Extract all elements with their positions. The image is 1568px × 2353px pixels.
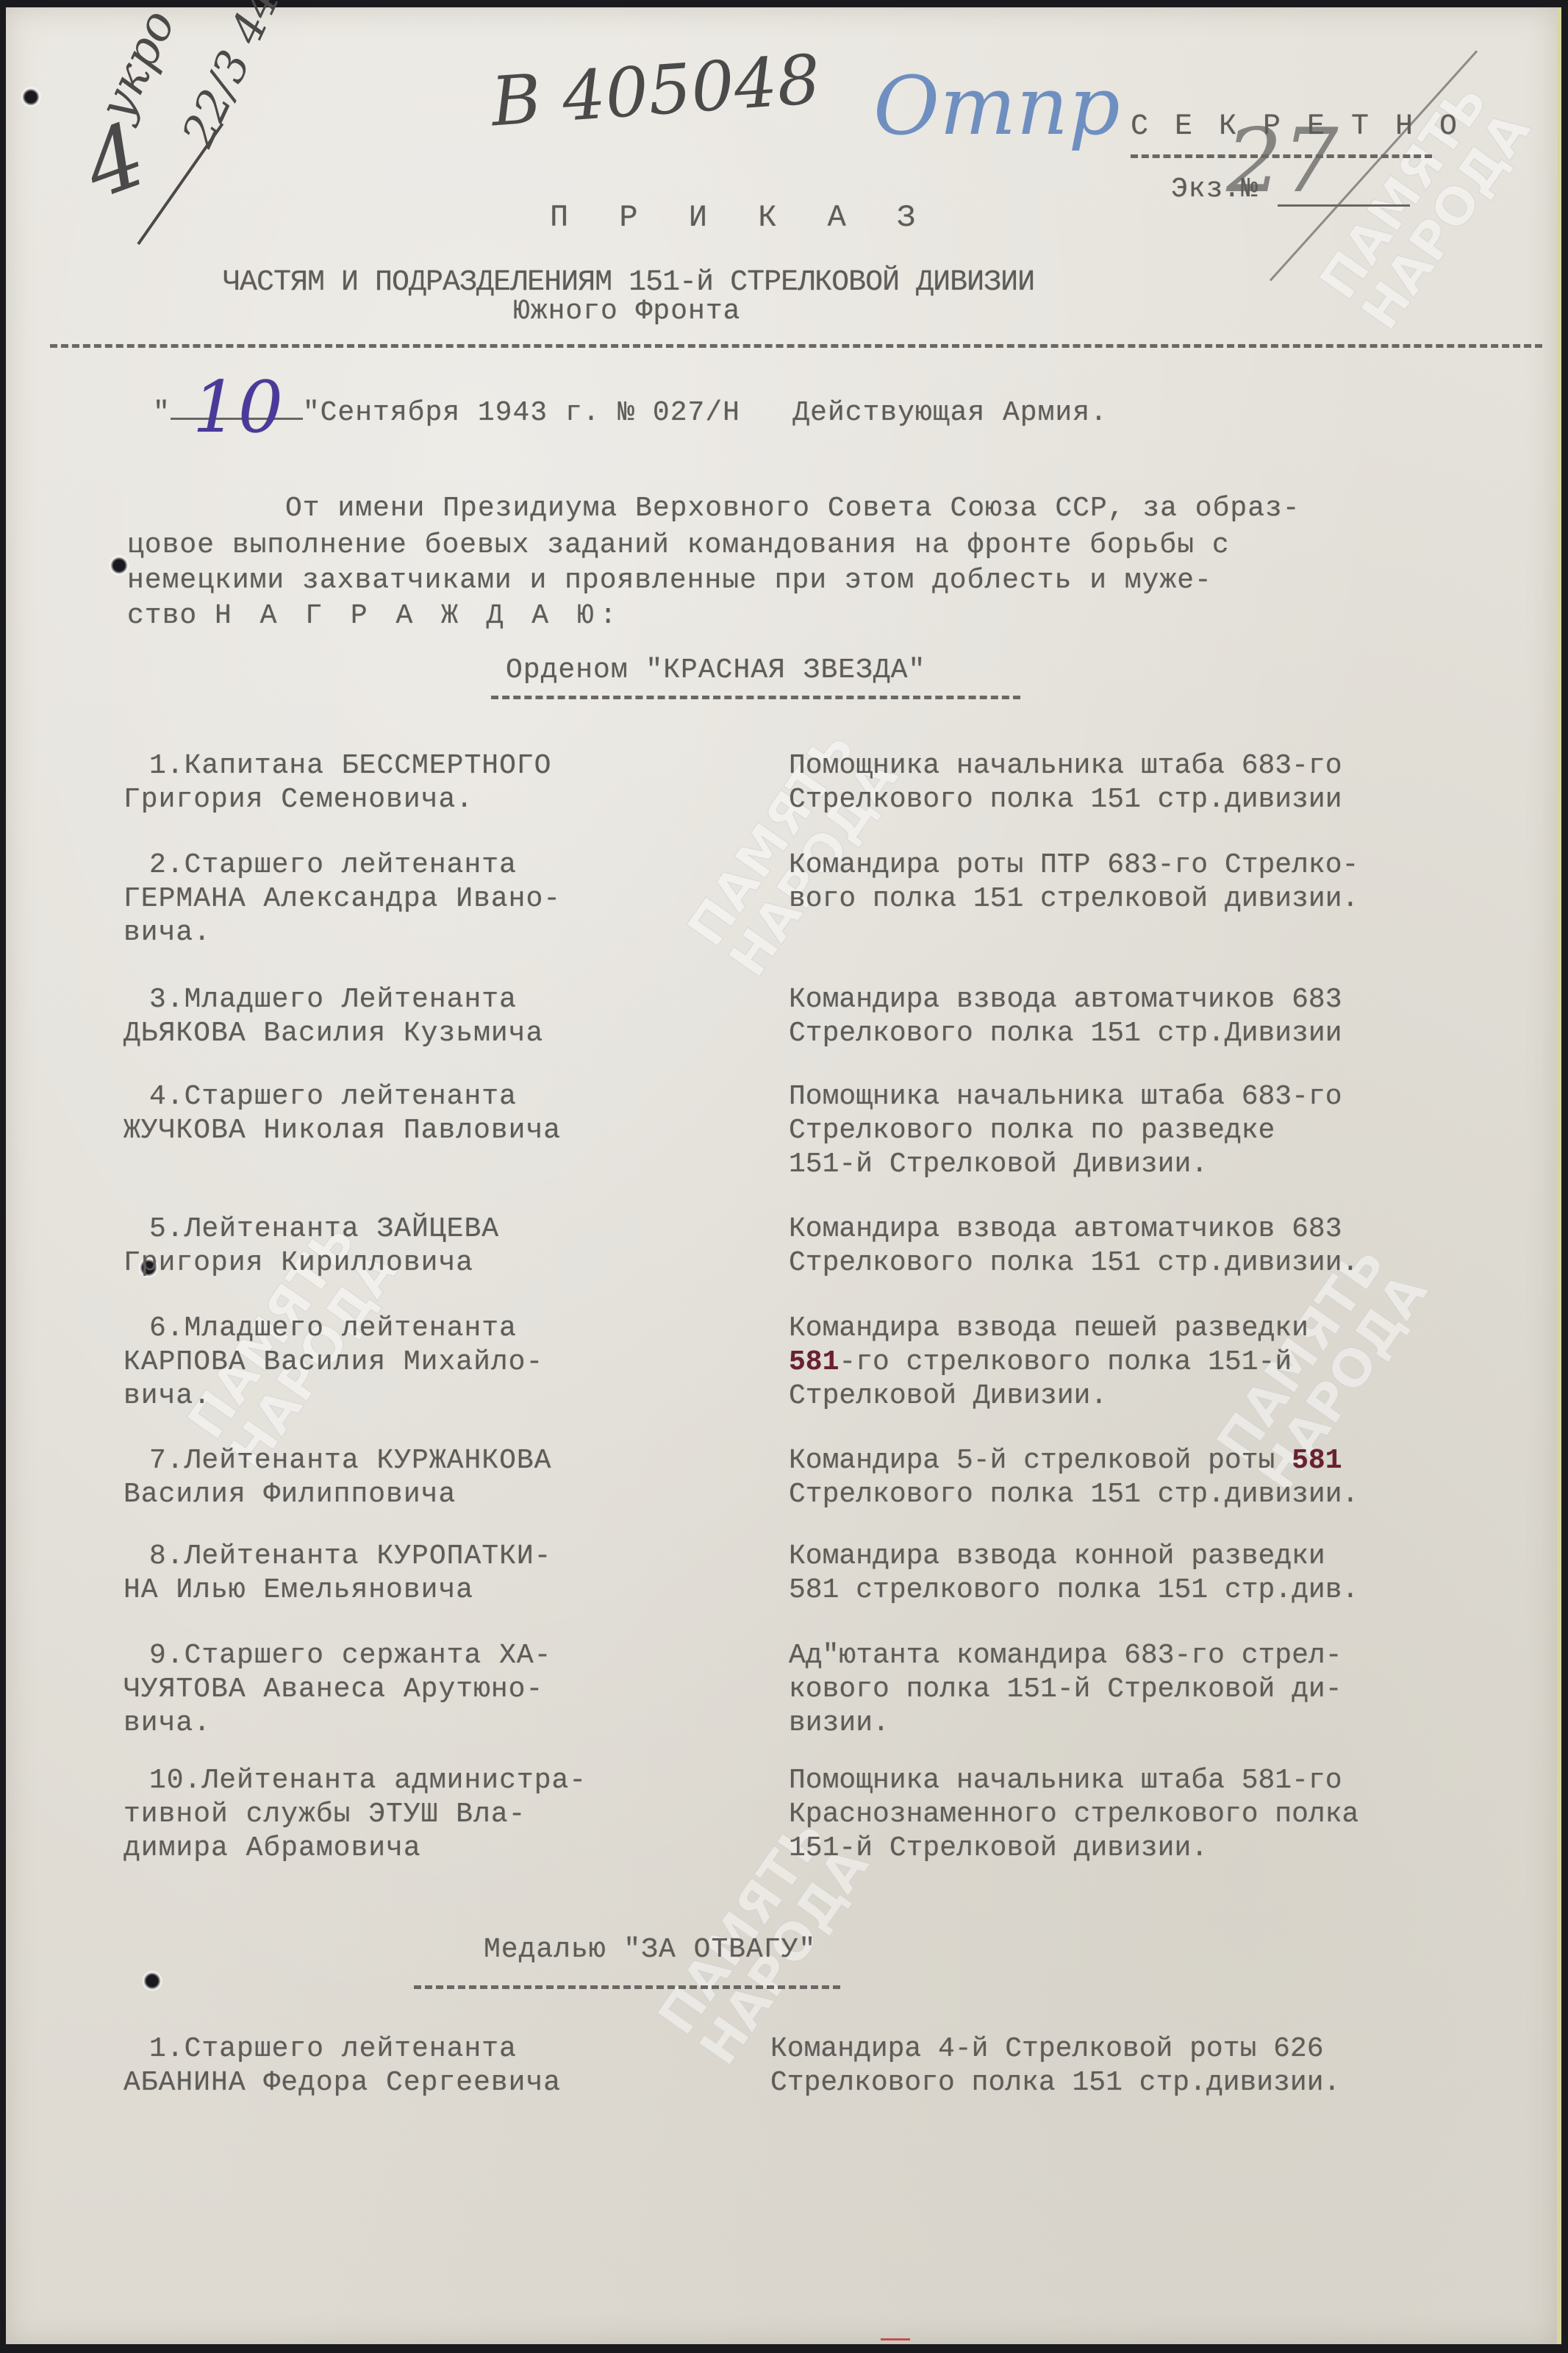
preamble-prefix: ство (127, 600, 197, 632)
recipient-name: Григория Семеновича. (123, 784, 473, 815)
day-blank: 10 (171, 418, 303, 420)
handwritten-archive-number: В 405048 (489, 40, 823, 142)
recipient-name: вича. (123, 1380, 211, 1412)
handwritten-day: 10 (193, 366, 284, 449)
recipient-name: ЖУЧКОВА Николая Павловича (123, 1115, 561, 1146)
page-subtitle-front: Южного Фронта (513, 296, 740, 327)
classification-underline (1131, 154, 1432, 158)
recipient-position: Стрелковой Дивизии. (789, 1380, 1107, 1412)
recipient-position: Помощника начальника штаба 683-го (789, 750, 1342, 782)
recipient-position: 581 стрелкового полка 151 стр.див. (789, 1574, 1358, 1606)
recipient-name: тивной службы ЭТУШ Вла- (123, 1799, 526, 1830)
recipient-position: Командира роты ПТР 683-го Стрелко- (789, 849, 1358, 881)
order-location: Действующая Армия. (792, 397, 1107, 429)
recipient-rank: 1.Старшего лейтенанта (149, 2033, 517, 2065)
quote: " (153, 397, 171, 429)
recipient-position: Краснознаменного стрелкового полка (789, 1799, 1358, 1830)
recipient-rank-text: Лейтенанта КУРЖАНКОВА (185, 1445, 552, 1477)
handwritten-number: 4 (71, 104, 159, 219)
recipient-position: Стрелкового полка 151 стр.дивизии. (789, 1479, 1358, 1510)
recipient-position: Командира 4-й Стрелковой роты 626 (770, 2033, 1324, 2065)
entry-number: 9. (149, 1640, 185, 1671)
section-heading: Медалью "ЗА ОТВАГУ" (484, 1934, 816, 1965)
order-number: № 027/Н (617, 397, 740, 429)
recipient-position: Стрелкового полка 151 стр.Дивизии (789, 1018, 1342, 1049)
recipient-position: Командира взвода конной разведки (789, 1540, 1325, 1572)
recipient-position: кового полка 151-й Стрелковой ди- (789, 1674, 1342, 1705)
quote: " (303, 397, 321, 429)
recipient-rank-text: Капитана БЕССМЕРТНОГО (185, 750, 552, 782)
recipient-position: 151-й Стрелковой Дивизии. (789, 1149, 1208, 1180)
preamble-line: От имени Президиума Верховного Совета Со… (285, 493, 1300, 524)
recipient-position: визии. (789, 1707, 889, 1739)
recipient-position: вого полка 151 стрелковой дивизии. (789, 883, 1358, 915)
recipient-name: вича. (123, 1707, 211, 1739)
recipient-position: Командира 5-й стрелковой роты 581 (789, 1445, 1342, 1477)
copy-number-line (1278, 204, 1410, 207)
entry-number: 8. (149, 1540, 185, 1572)
punch-hole (109, 555, 129, 576)
recipient-rank-text: Лейтенанта ЗАЙЦЕВА (185, 1213, 499, 1245)
recipient-rank: 7.Лейтенанта КУРЖАНКОВА (149, 1445, 552, 1477)
recipient-rank-text: Старшего сержанта ХА- (185, 1640, 552, 1671)
entry-number: 3. (149, 984, 185, 1015)
recipient-position: Помощника начальника штаба 683-го (789, 1081, 1342, 1113)
recipient-rank: 5.Лейтенанта ЗАЙЦЕВА (149, 1213, 499, 1245)
recipient-rank: 3.Младшего Лейтенанта (149, 984, 517, 1015)
blue-pencil-note: Отпр (873, 59, 1120, 153)
recipient-rank-text: Младшего Лейтенанта (185, 984, 517, 1015)
entry-number: 1. (149, 750, 185, 782)
recipient-name: Григория Кирилловича (123, 1247, 473, 1279)
recipient-rank: 1.Капитана БЕССМЕРТНОГО (149, 750, 552, 782)
page-title: П Р И К А З (550, 200, 931, 235)
section-heading-underline (491, 696, 1020, 699)
recipient-position: Командира взвода пешей разведки (789, 1313, 1309, 1344)
recipient-rank: 10.Лейтенанта администра- (149, 1765, 587, 1796)
punch-hole (142, 1971, 162, 1991)
recipient-position: Стрелкового полка 151 стр.дивизии. (770, 2067, 1340, 2099)
preamble-line: ство Н А Г Р А Ж Д А Ю: (127, 600, 623, 632)
punch-hole (21, 87, 41, 107)
recipient-name: Василия Филипповича (123, 1479, 456, 1510)
recipient-name: КАРПОВА Василия Михайло- (123, 1346, 543, 1378)
recipient-rank-text: Лейтенанта администра- (201, 1765, 587, 1796)
recipient-position: Ад"ютанта командира 683-го стрел- (789, 1640, 1342, 1671)
classification-label: С Е К Р Е Т Н О (1131, 110, 1461, 143)
handwritten-fraction-top: укро (89, 1, 187, 128)
recipient-rank-text: Младшего лейтенанта (185, 1313, 517, 1344)
order-month-year: Сентября 1943 г. (321, 397, 601, 429)
handwritten-fraction-bottom: 22/3 44 (173, 0, 291, 154)
copy-label: Экз.№ (1171, 174, 1259, 205)
entry-number: 10. (149, 1765, 201, 1796)
recipient-name: димира Абрамовича (123, 1832, 421, 1864)
recipient-position: Помощника начальника штаба 581-го (789, 1765, 1342, 1796)
red-pencil-mark (881, 2338, 910, 2340)
preamble-emphasis: Н А Г Р А Ж Д А Ю: (215, 600, 622, 632)
entry-number: 4. (149, 1081, 185, 1113)
recipient-rank-text: Старшего лейтенанта (185, 1081, 517, 1113)
entry-number: 7. (149, 1445, 185, 1477)
recipient-name: ЧУЯТОВА Аванеса Арутюно- (123, 1674, 543, 1705)
recipient-rank-text: Лейтенанта КУРОПАТКИ- (185, 1540, 552, 1572)
recipient-name: АБАНИНА Федора Сергеевича (123, 2067, 561, 2099)
recipient-position: Командира взвода автоматчиков 683 (789, 984, 1342, 1015)
recipient-position: Стрелкового полка 151 стр.дивизии (789, 784, 1342, 815)
recipient-rank: 8.Лейтенанта КУРОПАТКИ- (149, 1540, 552, 1572)
entry-number: 1. (149, 2033, 185, 2065)
recipient-position: 151-й Стрелковой дивизии. (789, 1832, 1208, 1864)
recipient-rank: 2.Старшего лейтенанта (149, 849, 517, 881)
page-subtitle: ЧАСТЯМ И ПОДРАЗДЕЛЕНИЯМ 151-й СТРЕЛКОВОЙ… (223, 266, 1034, 299)
recipient-position: 581-го стрелкового полка 151-й (789, 1346, 1292, 1378)
entry-number: 2. (149, 849, 185, 881)
ink-correction: 581 (1292, 1445, 1342, 1477)
recipient-rank: 9.Старшего сержанта ХА- (149, 1640, 552, 1671)
recipient-position: Командира взвода автоматчиков 683 (789, 1213, 1342, 1245)
recipient-name: НА Илью Емельяновича (123, 1574, 473, 1606)
recipient-position: Стрелкового полка по разведке (789, 1115, 1275, 1146)
section-heading: Орденом "КРАСНАЯ ЗВЕЗДА" (506, 654, 926, 686)
preamble-line: цовое выполнение боевых заданий командов… (127, 529, 1230, 561)
entry-number: 5. (149, 1213, 185, 1245)
recipient-rank: 4.Старшего лейтенанта (149, 1081, 517, 1113)
recipient-rank-text: Старшего лейтенанта (185, 2033, 517, 2065)
recipient-name: ДЬЯКОВА Василия Кузьмича (123, 1018, 543, 1049)
date-line: "10"Сентября 1943 г. № 027/Н Действующая… (153, 397, 1108, 429)
recipient-name: ГЕРМАНА Александра Ивано- (123, 883, 561, 915)
recipient-rank-text: Старшего лейтенанта (185, 849, 517, 881)
recipient-name: вича. (123, 917, 211, 949)
ink-correction: 581 (789, 1346, 839, 1378)
recipient-rank: 6.Младшего лейтенанта (149, 1313, 517, 1344)
document-page: ПАМЯТЬНАРОДА ПАМЯТЬНАРОДА ПАМЯТЬНАРОДА П… (6, 7, 1561, 2344)
header-divider (50, 344, 1542, 348)
entry-number: 6. (149, 1313, 185, 1344)
section-heading-underline (414, 1985, 840, 1989)
recipient-position: Стрелкового полка 151 стр.дивизии. (789, 1247, 1358, 1279)
preamble-line: немецкими захватчиками и проявленные при… (127, 565, 1212, 596)
